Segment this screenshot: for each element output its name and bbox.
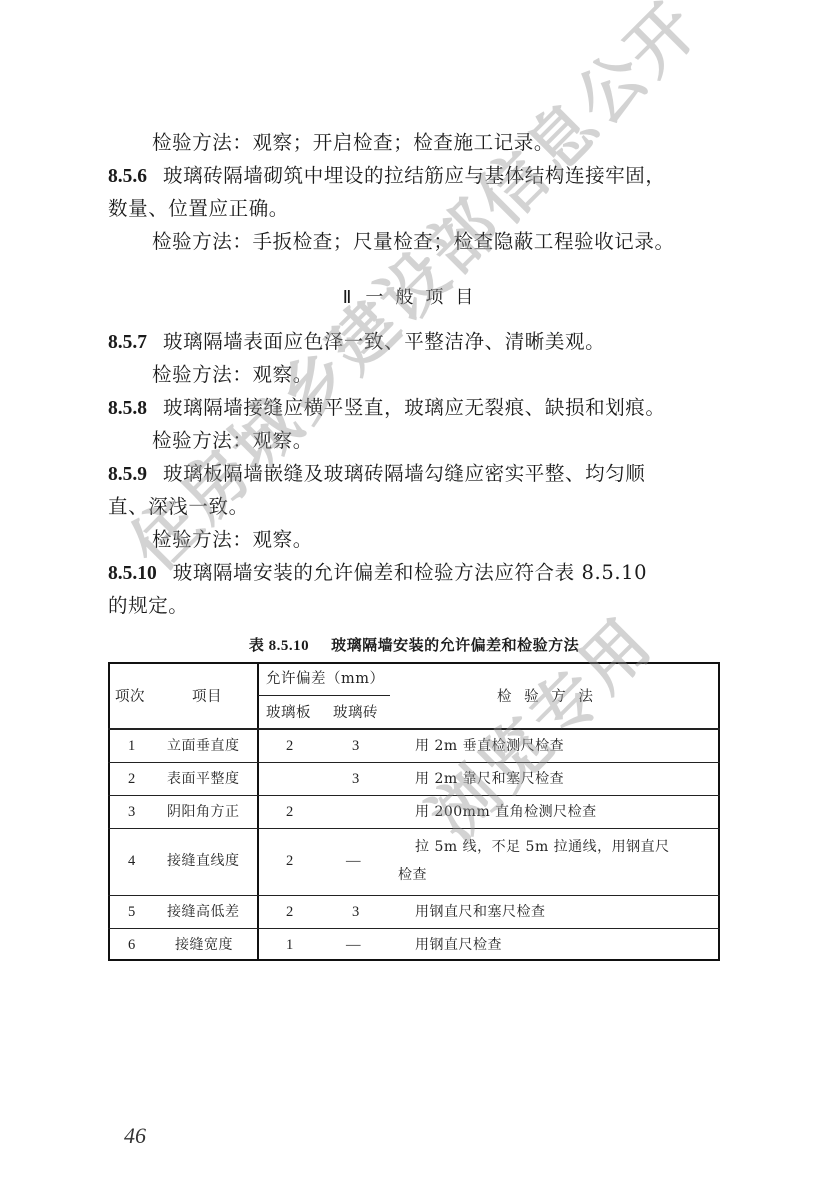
row-method: 用 200mm 直角检测尺检查 xyxy=(415,803,597,821)
row-glass-panel: 1 xyxy=(286,936,294,954)
table-row-divider xyxy=(108,828,720,829)
clause-number: 8.5.8 xyxy=(108,398,147,419)
row-item: 阴阳角方正 xyxy=(167,803,240,821)
row-method: 用钢直尺和塞尺检查 xyxy=(415,903,546,921)
row-method: 用 2m 靠尺和塞尺检查 xyxy=(415,770,564,788)
row-method-line1: 拉 5m 线，不足 5m 拉通线，用钢直尺 xyxy=(415,838,670,856)
row-index: 6 xyxy=(128,936,136,954)
table-number: 表 8.5.10 xyxy=(249,638,309,654)
inspection-method-line: 检验方法：观察。 xyxy=(152,528,313,552)
document-page: 检验方法：观察；开启检查；检查施工记录。 8.5.6玻璃砖隔墙砌筑中埋设的拉结筋… xyxy=(0,0,828,1198)
clause-number: 8.5.7 xyxy=(108,332,147,353)
header-glass-brick: 玻璃砖 xyxy=(333,704,378,722)
section-heading: Ⅱ一般项目 xyxy=(0,283,828,309)
clause-8-5-10: 8.5.10玻璃隔墙安装的允许偏差和检验方法应符合表 8.5.10 xyxy=(108,561,647,586)
row-glass-brick: 3 xyxy=(352,737,360,755)
row-item: 接缝高低差 xyxy=(167,903,240,921)
table-title: 玻璃隔墙安装的允许偏差和检验方法 xyxy=(331,636,579,654)
clause-number: 8.5.9 xyxy=(108,464,147,485)
row-index: 4 xyxy=(128,852,136,870)
page-number: 46 xyxy=(124,1123,146,1149)
row-index: 2 xyxy=(128,770,136,788)
header-glass-panel: 玻璃板 xyxy=(266,704,311,722)
row-index: 5 xyxy=(128,903,136,921)
table-row-divider xyxy=(108,895,720,896)
inspection-method-line: 检验方法：观察；开启检查；检查施工记录。 xyxy=(152,131,554,155)
inspection-method-line: 检验方法：观察。 xyxy=(152,429,313,453)
row-item: 接缝直线度 xyxy=(167,852,240,870)
header-method: 检 验 方 法 xyxy=(497,688,597,706)
clause-number: 8.5.10 xyxy=(108,563,157,584)
clause-8-5-8: 8.5.8玻璃隔墙接缝应横平竖直，玻璃应无裂痕、缺损和划痕。 xyxy=(108,396,666,421)
inspection-method-line: 检验方法：手扳检查；尺量检查；检查隐蔽工程验收记录。 xyxy=(152,230,675,254)
table-row-divider xyxy=(108,795,720,796)
header-tolerance-group: 允许偏差（mm） xyxy=(266,670,385,688)
clause-8-5-6: 8.5.6玻璃砖隔墙砌筑中埋设的拉结筋应与基体结构连接牢固， xyxy=(108,164,666,189)
table-header-subdivider xyxy=(258,695,390,696)
section-title: 一般项目 xyxy=(365,287,485,308)
row-glass-panel: 2 xyxy=(286,803,294,821)
table-header-divider xyxy=(108,728,720,730)
row-method: 用钢直尺检查 xyxy=(415,936,502,954)
clause-continuation: 的规定。 xyxy=(108,594,188,618)
row-glass-brick: — xyxy=(346,852,361,870)
clause-number: 8.5.6 xyxy=(108,166,147,187)
row-item: 立面垂直度 xyxy=(167,737,240,755)
clause-8-5-9: 8.5.9玻璃板隔墙嵌缝及玻璃砖隔墙勾缝应密实平整、均匀顺 xyxy=(108,462,645,487)
clause-continuation: 直、深浅一致。 xyxy=(108,495,249,519)
row-index: 3 xyxy=(128,803,136,821)
table-row-divider xyxy=(108,762,720,763)
clause-continuation: 数量、位置应正确。 xyxy=(108,197,289,221)
header-index: 项次 xyxy=(115,688,145,706)
row-glass-brick: — xyxy=(346,936,361,954)
row-item: 接缝宽度 xyxy=(175,936,233,954)
row-glass-panel: 2 xyxy=(286,737,294,755)
row-method: 用 2m 垂直检测尺检查 xyxy=(415,737,564,755)
row-item: 表面平整度 xyxy=(167,770,240,788)
table-column-divider xyxy=(257,662,259,961)
table-row-divider xyxy=(108,928,720,929)
row-glass-panel: 2 xyxy=(286,903,294,921)
row-glass-panel: 2 xyxy=(286,852,294,870)
row-index: 1 xyxy=(128,737,136,755)
inspection-method-line: 检验方法：观察。 xyxy=(152,363,313,387)
section-roman-numeral: Ⅱ xyxy=(343,287,352,307)
row-glass-brick: 3 xyxy=(352,903,360,921)
row-glass-brick: 3 xyxy=(352,770,360,788)
header-item: 项目 xyxy=(192,688,222,706)
clause-8-5-7: 8.5.7玻璃隔墙表面应色泽一致、平整洁净、清晰美观。 xyxy=(108,330,605,355)
row-method-line2: 检查 xyxy=(398,866,427,884)
table-caption: 表 8.5.10玻璃隔墙安装的允许偏差和检验方法 xyxy=(0,634,828,655)
